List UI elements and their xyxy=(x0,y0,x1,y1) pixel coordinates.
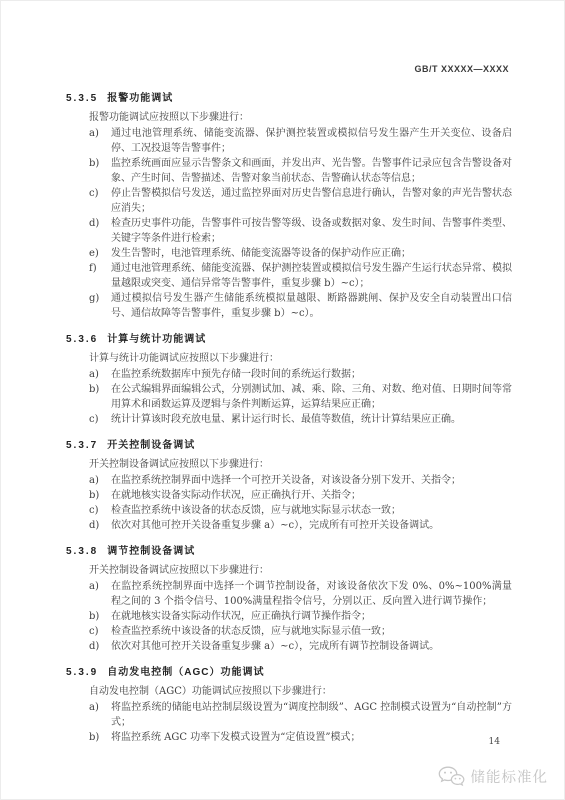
footer-brand-text: 储能标准化 xyxy=(471,766,549,787)
list-item-text: 依次对其他可控开关设备重复步骤 a）~c），完成所有可控开关设备调试。 xyxy=(111,518,512,533)
list-item-label: a) xyxy=(89,367,111,382)
section-heading: 5.3.7开关控制设备调试 xyxy=(66,436,512,451)
list-item: a) 在监控系统控制界面中选择一个调节控制设备，对该设备依次下发 0%、0%~1… xyxy=(89,579,512,609)
list-item-text: 检查历史事件功能，告警事件可按告警等级、设备或数据对象、发生时间、告警事件类型、… xyxy=(111,216,512,246)
list-item: a) 在监控系统数据库中预先存储一段时间的系统运行数据； xyxy=(89,367,512,382)
list-item-text: 在就地核实设备实际动作状况，应正确执行开、关指令； xyxy=(111,488,512,503)
section-title: 调节控制设备调试 xyxy=(107,546,195,557)
section-intro: 开关控制设备调试应按照以下步骤进行： xyxy=(89,457,512,472)
list-item-text: 监控系统画面应显示告警条文和画面，并发出声、光告警。告警事件记录应包含告警设备对… xyxy=(111,156,512,186)
section-title: 开关控制设备调试 xyxy=(107,440,195,451)
list-item-label: b) xyxy=(89,609,111,624)
section-title: 报警功能调试 xyxy=(107,93,173,104)
list-item: b) 将监控系统 AGC 功率下发模式设置为“定值设置”模式； xyxy=(89,730,512,745)
list-item-text: 检查监控系统中该设备的状态反馈，应与就地实际显示状态一致； xyxy=(111,503,512,518)
section-number: 5.3.5 xyxy=(66,93,98,104)
list-item-text: 在就地核实设备实际动作状况，应正确执行调节操作指令； xyxy=(111,609,512,624)
list-item-label: d) xyxy=(89,518,111,533)
list-item-label: b) xyxy=(89,382,111,412)
list-item-label: c) xyxy=(89,186,111,216)
section-number: 5.3.9 xyxy=(66,667,98,678)
list-item-text: 检查监控系统中该设备的状态反馈，应与就地实际显示值一致； xyxy=(111,624,512,639)
section-intro: 报警功能调试应按照以下步骤进行： xyxy=(89,110,512,125)
section-heading: 5.3.8调节控制设备调试 xyxy=(66,542,512,557)
list-item-text: 将监控系统的储能电站控制层级设置为“调度控制级”、AGC 控制模式设置为“自动控… xyxy=(111,700,512,730)
list-item: e) 发生告警时，电池管理系统、储能变流器等设备的保护动作应正确； xyxy=(89,246,512,261)
list-item: d) 依次对其他可控开关设备重复步骤 a）~c），完成所有调节控制设备调试。 xyxy=(89,639,512,654)
list-item-text: 将监控系统 AGC 功率下发模式设置为“定值设置”模式； xyxy=(111,730,512,745)
list-item-label: a) xyxy=(89,126,111,156)
list-item-text: 统计计算该时段充放电量、累计运行时长、最值等数值，统计计算结果应正确。 xyxy=(111,412,512,427)
document-content: 5.3.5报警功能调试 报警功能调试应按照以下步骤进行： a) 通过电池管理系统… xyxy=(66,80,512,745)
list-item-label: b) xyxy=(89,156,111,186)
section-heading: 5.3.9自动发电控制（AGC）功能调试 xyxy=(66,663,512,678)
section-number: 5.3.6 xyxy=(66,334,98,345)
list-item-label: f) xyxy=(89,261,111,291)
page-number: 14 xyxy=(489,737,500,747)
list-item: b) 在就地核实设备实际动作状况，应正确执行开、关指令； xyxy=(89,488,512,503)
list-item: a) 将监控系统的储能电站控制层级设置为“调度控制级”、AGC 控制模式设置为“… xyxy=(89,700,512,730)
section-number: 5.3.7 xyxy=(66,440,98,451)
doc-header: GB/T XXXXX—XXXX xyxy=(1,64,509,74)
list-item: g) 通过模拟信号发生器产生储能系统模拟量越限、断路器跳闸、保护及安全自动装置出… xyxy=(89,291,512,321)
list-item: c) 检查监控系统中该设备的状态反馈，应与就地实际显示值一致； xyxy=(89,624,512,639)
section-5-3-5: 5.3.5报警功能调试 报警功能调试应按照以下步骤进行： a) 通过电池管理系统… xyxy=(66,89,512,321)
list-item: c) 检查监控系统中该设备的状态反馈，应与就地实际显示状态一致； xyxy=(89,503,512,518)
list-item-text: 通过模拟信号发生器产生储能系统模拟量越限、断路器跳闸、保护及安全自动装置出口信号… xyxy=(111,291,512,321)
section-title: 自动发电控制（AGC）功能调试 xyxy=(107,667,264,678)
list-item-label: a) xyxy=(89,700,111,730)
list-item: d) 依次对其他可控开关设备重复步骤 a）~c），完成所有可控开关设备调试。 xyxy=(89,518,512,533)
list-item-text: 在公式编辑界面编辑公式，分别测试加、减、乘、除、三角、对数、绝对值、日期时间等常… xyxy=(111,382,512,412)
list-item-label: a) xyxy=(89,579,111,609)
section-heading: 5.3.6计算与统计功能调试 xyxy=(66,330,512,345)
standard-code: GB/T XXXXX—XXXX xyxy=(414,64,509,74)
list-item-label: d) xyxy=(89,216,111,246)
section-intro: 计算与统计功能调试应按照以下步骤进行： xyxy=(89,351,512,366)
list-item-label: e) xyxy=(89,246,111,261)
list-item-label: a) xyxy=(89,473,111,488)
list-item: f) 通过电池管理系统、储能变流器、保护测控装置或模拟信号发生器产生运行状态异常… xyxy=(89,261,512,291)
list-item-label: c) xyxy=(89,503,111,518)
list-item-text: 在监控系统数据库中预先存储一段时间的系统运行数据； xyxy=(111,367,512,382)
list-item-label: b) xyxy=(89,730,111,745)
section-number: 5.3.8 xyxy=(66,546,98,557)
section-intro: 自动发电控制（AGC）功能调试应按照以下步骤进行： xyxy=(89,684,512,699)
list-item-label: c) xyxy=(89,412,111,427)
list-item: b) 在就地核实设备实际动作状况，应正确执行调节操作指令； xyxy=(89,609,512,624)
list-item-text: 依次对其他可控开关设备重复步骤 a）~c），完成所有调节控制设备调试。 xyxy=(111,639,512,654)
section-5-3-9: 5.3.9自动发电控制（AGC）功能调试 自动发电控制（AGC）功能调试应按照以… xyxy=(66,663,512,745)
list-item-text: 在监控系统控制界面中选择一个调节控制设备，对该设备依次下发 0%、0%~100%… xyxy=(111,579,512,609)
list-item-text: 发生告警时，电池管理系统、储能变流器等设备的保护动作应正确； xyxy=(111,246,512,261)
list-item-text: 通过电池管理系统、储能变流器、保护测控装置或模拟信号发生器产生运行状态异常、模拟… xyxy=(111,261,512,291)
section-heading: 5.3.5报警功能调试 xyxy=(66,89,512,104)
list-item: c) 停止告警模拟信号发送，通过监控界面对历史告警信息进行确认，告警对象的声光告… xyxy=(89,186,512,216)
list-item-text: 在监控系统控制界面中选择一个可控开关设备，对该设备分别下发开、关指令； xyxy=(111,473,512,488)
list-item-label: d) xyxy=(89,639,111,654)
list-item: d) 检查历史事件功能，告警事件可按告警等级、设备或数据对象、发生时间、告警事件… xyxy=(89,216,512,246)
list-item: c) 统计计算该时段充放电量、累计运行时长、最值等数值，统计计算结果应正确。 xyxy=(89,412,512,427)
list-item: b) 监控系统画面应显示告警条文和画面，并发出声、光告警。告警事件记录应包含告警… xyxy=(89,156,512,186)
wechat-icon xyxy=(438,766,465,787)
section-title: 计算与统计功能调试 xyxy=(107,334,206,345)
footer-brand: 储能标准化 xyxy=(438,766,549,787)
section-5-3-7: 5.3.7开关控制设备调试 开关控制设备调试应按照以下步骤进行： a) 在监控系… xyxy=(66,436,512,533)
list-item-text: 通过电池管理系统、储能变流器、保护测控装置或模拟信号发生器产生开关变位、设备启停… xyxy=(111,126,512,156)
document-page: GB/T XXXXX—XXXX 5.3.5报警功能调试 报警功能调试应按照以下步… xyxy=(0,0,565,800)
list-item: a) 通过电池管理系统、储能变流器、保护测控装置或模拟信号发生器产生开关变位、设… xyxy=(89,126,512,156)
section-5-3-8: 5.3.8调节控制设备调试 开关控制设备调试应按照以下步骤进行： a) 在监控系… xyxy=(66,542,512,654)
section-5-3-6: 5.3.6计算与统计功能调试 计算与统计功能调试应按照以下步骤进行： a) 在监… xyxy=(66,330,512,427)
list-item: b) 在公式编辑界面编辑公式，分别测试加、减、乘、除、三角、对数、绝对值、日期时… xyxy=(89,382,512,412)
list-item-label: g) xyxy=(89,291,111,321)
list-item-label: b) xyxy=(89,488,111,503)
list-item-text: 停止告警模拟信号发送，通过监控界面对历史告警信息进行确认，告警对象的声光告警状态… xyxy=(111,186,512,216)
list-item-label: c) xyxy=(89,624,111,639)
section-intro: 开关控制设备调试应按照以下步骤进行： xyxy=(89,563,512,578)
list-item: a) 在监控系统控制界面中选择一个可控开关设备，对该设备分别下发开、关指令； xyxy=(89,473,512,488)
